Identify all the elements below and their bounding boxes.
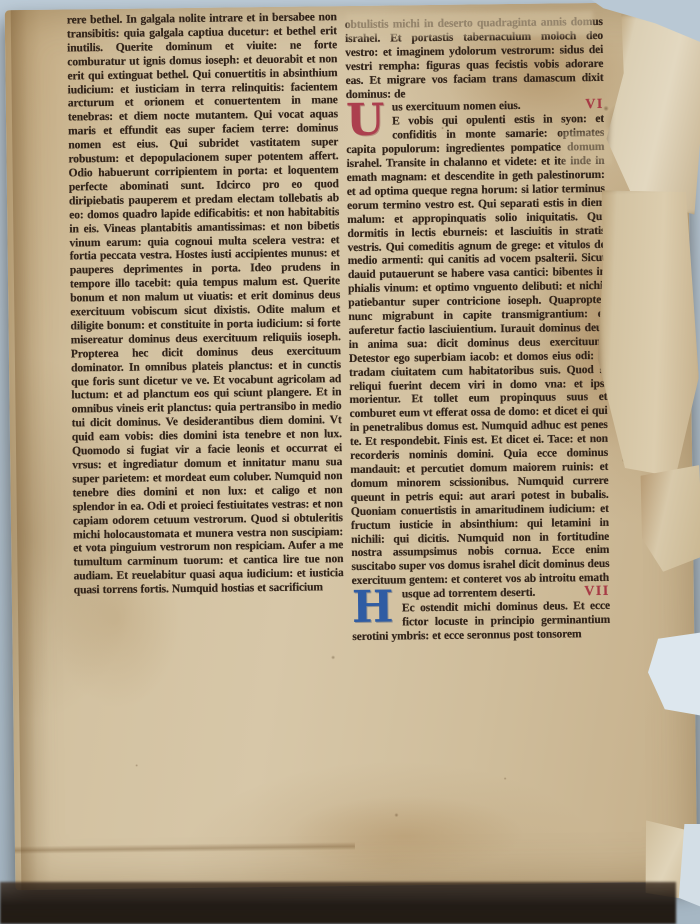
- torn-parchment-flap-top: [602, 14, 700, 215]
- chapter-6-block: U VI us exercituum nomen eius. E vobis q…: [346, 98, 610, 588]
- chapter-6-body-text: E vobis qui opulenti estis in syon: et c…: [346, 112, 609, 587]
- chapter-6-numeral: VI: [585, 98, 604, 112]
- right-column-opening-text: obtulistis michi in deserto quadraginta …: [345, 15, 604, 101]
- chapter-7-block: H VII usque ad torrentem deserti. Ec ost…: [352, 585, 611, 644]
- chapter-7-lead-text: usque ad torrentem deserti.: [402, 586, 536, 601]
- left-edge-fold: [11, 10, 52, 890]
- manuscript-page: rere bethel. In galgala nolite intrare e…: [5, 2, 698, 890]
- text-column-right: obtulistis michi in deserto quadraginta …: [345, 15, 613, 810]
- text-column-left: rere bethel. In galgala nolite intrare e…: [67, 10, 347, 809]
- parchment-stain: [604, 98, 665, 145]
- chapter-6-lead-text: us exercituum nomen eius.: [392, 99, 521, 114]
- torn-parchment-flap-small: [637, 463, 700, 574]
- photo-backdrop: rere bethel. In galgala nolite intrare e…: [0, 0, 700, 924]
- lombardic-initial-blue: H: [352, 588, 402, 618]
- bottom-crease: [15, 842, 355, 854]
- page-bottom-shadow: [0, 882, 676, 924]
- chapter-7-numeral: VII: [584, 585, 610, 599]
- lombardic-initial-red: U: [346, 101, 392, 131]
